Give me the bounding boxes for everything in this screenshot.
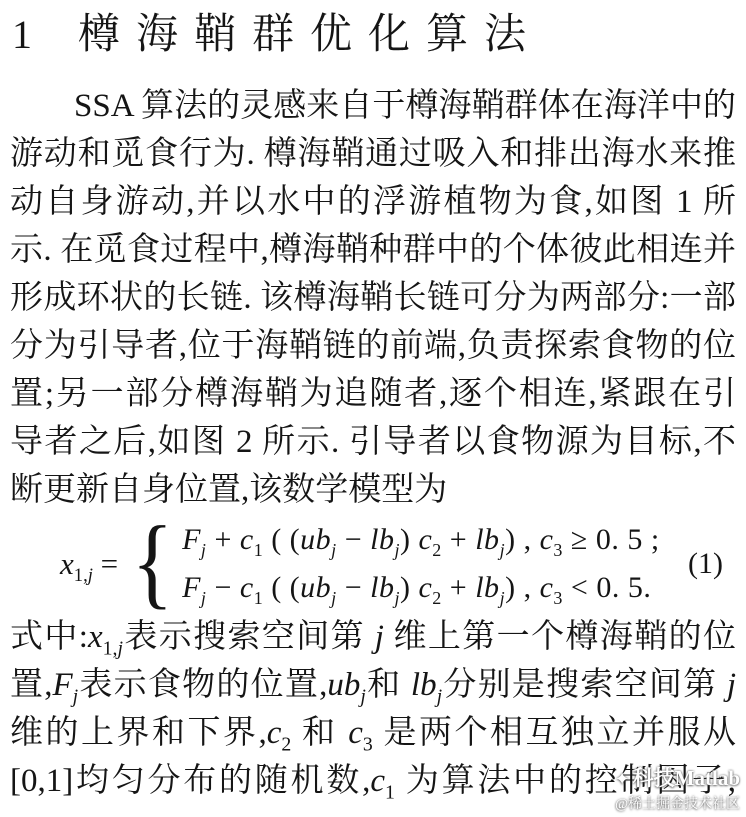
text-line: 游动和觅食行为. 樽海鞘通过吸入和排出海水来推 [10, 130, 736, 178]
text-line: 示. 在觅食过程中,樽海鞘种群中的个体彼此相连并 [10, 226, 736, 274]
text-line: 置;另一部分樽海鞘为追随者,逐个相连,紧跟在引 [10, 370, 736, 418]
text-line: 分为引导者,位于海鞘链的前端,负责探索食物的位 [10, 322, 736, 370]
text-line: 断更新自身位置,该数学模型为 [10, 466, 736, 514]
equation-case-upper: Fj + c1 ( (ubj − lbj) c2 + lbj) , c3 ≥ 0… [182, 520, 660, 559]
text-line: 维的上界和下界,c2 和 c3 是两个相互独立并服从 [10, 709, 736, 757]
text-line: 动自身游动,并以水中的浮游植物为食,如图 1 所 [10, 178, 736, 226]
paragraph-intro: SSA 算法的灵感来自于樽海鞘群体在海洋中的 游动和觅食行为. 樽海鞘通过吸入和… [10, 82, 736, 514]
text-line: 形成环状的长链. 该樽海鞘长链可分为两部分:一部 [10, 274, 736, 322]
text-line: [0,1]均匀分布的随机数,c1 为算法中的控制因子, [10, 757, 736, 805]
paragraph-explanation: 式中:x1,j表示搜索空间第 j 维上第一个樽海鞘的位 置,Fj表示食物的位置,… [10, 613, 736, 805]
section-number: 1 [12, 13, 32, 57]
curly-brace: { [132, 520, 174, 607]
equation-cases: Fj + c1 ( (ubj − lbj) c2 + lbj) , c3 ≥ 0… [182, 520, 660, 607]
equation-lhs: x1,j = [60, 546, 118, 582]
equation-1: x1,j = { Fj + c1 ( (ubj − lbj) c2 + lbj)… [10, 514, 736, 613]
text-line: 置,Fj表示食物的位置,ubj和 lbj分别是搜索空间第 j [10, 661, 736, 709]
section-title: 樽海鞘群优化算法 [78, 13, 542, 57]
text-line: 式中:x1,j表示搜索空间第 j 维上第一个樽海鞘的位 [10, 613, 736, 661]
equation-number: (1) [688, 547, 723, 581]
section-heading: 1 樽海鞘群优化算法 [12, 13, 736, 57]
text-line: 导者之后,如图 2 所示. 引导者以食物源为目标,不 [10, 418, 736, 466]
text-line: SSA 算法的灵感来自于樽海鞘群体在海洋中的 [10, 82, 736, 130]
document-page: 1 樽海鞘群优化算法 SSA 算法的灵感来自于樽海鞘群体在海洋中的 游动和觅食行… [0, 0, 746, 817]
equation-case-lower: Fj − c1 ( (ubj − lbj) c2 + lbj) , c3 < 0… [182, 568, 660, 607]
